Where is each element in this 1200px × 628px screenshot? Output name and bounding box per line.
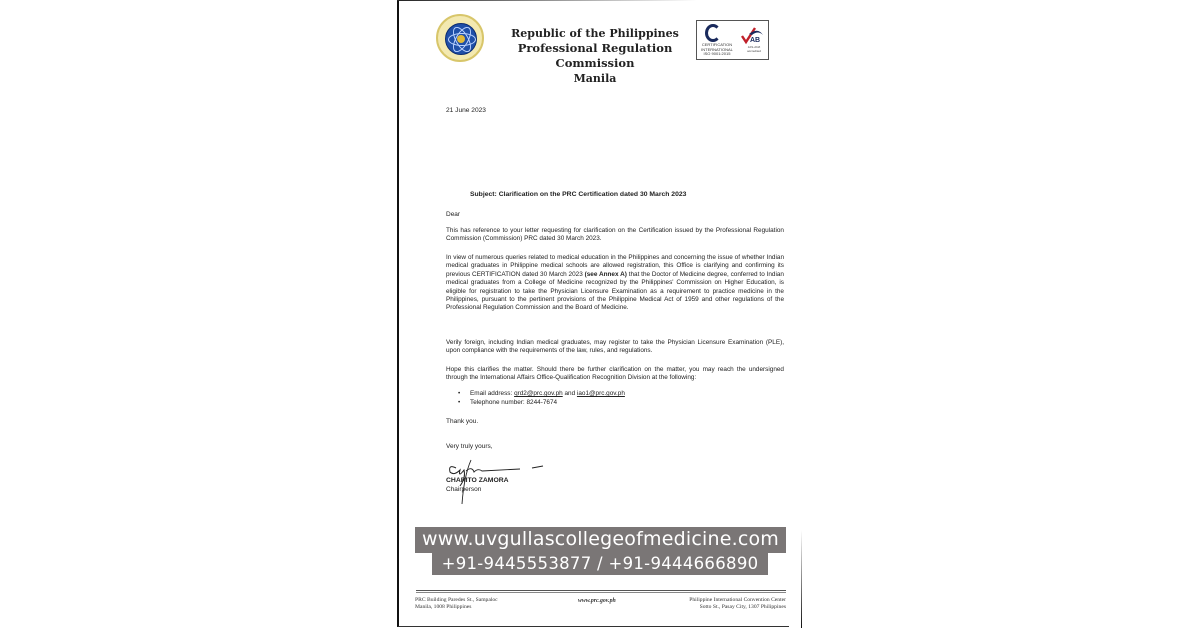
jas-anz-check-icon: AB [740,25,764,45]
paragraph-reference: This has reference to your letter reques… [446,227,784,244]
annex-reference: (see Annex A) [585,271,627,278]
page-right-edge [801,530,802,628]
certification-label: CERTIFICATION INTERNATIONAL ISO 9001:201… [699,43,735,57]
thanks-line: Thank you. [446,418,478,425]
salutation: Dear [446,211,460,218]
iso-certification-icon: CERTIFICATION INTERNATIONAL ISO 9001:201… [696,20,769,60]
email-label: Email address: [470,390,512,397]
svg-text:AB: AB [750,37,760,44]
watermark-website: www.uvgullascollegeofmedicine.com [415,527,786,553]
paragraph-verily: Verily foreign, including Indian medical… [446,339,784,356]
contact-list: Email address: qrd2@prc.gov.ph and iao1@… [458,390,625,407]
signer-name: CHARITO ZAMORA [446,477,509,484]
email-link-qrd2[interactable]: qrd2@prc.gov.ph [514,390,563,397]
footer-right-line2: Sotto St., Pasay City, 1307 Philippines [650,604,786,611]
footer-address-manila: PRC Building Paredes St., Sampaloc Manil… [415,597,498,611]
watermark-phones: +91-9445553877 / +91-9444666890 [432,552,768,575]
letterhead-line-republic: Republic of the Philippines [500,26,690,41]
accreditation-label: JAS-ANZ accredited [741,46,767,53]
prc-seal-icon [436,14,484,62]
footer-left-line1: PRC Building Paredes St., Sampaloc [415,597,498,604]
footer-divider [416,590,786,591]
certification-o-icon [705,24,721,42]
phone-number: 8244-7674 [527,399,558,406]
closing-line: Very truly yours, [446,443,493,450]
letterhead: Republic of the Philippines Professional… [500,26,690,86]
footer-right-line1: Philippine International Convention Cent… [650,597,786,604]
paragraph-contact: Hope this clarifies the matter. Should t… [446,366,784,383]
letter-subject: Subject: Clarification on the PRC Certif… [470,191,686,198]
page-top-edge [397,0,697,1]
email-joiner: and [565,390,576,397]
footer-divider-secondary [416,592,786,593]
footer-website: www.prc.gov.ph [578,598,616,604]
footer-left-line2: Manila, 1008 Philippines [415,604,498,611]
signer-title: Chairperson [446,486,481,493]
email-link-iao1[interactable]: iao1@prc.gov.ph [577,390,625,397]
letterhead-line-city: Manila [500,71,690,86]
letterhead-line-commission: Professional Regulation Commission [500,41,690,71]
phone-label: Telephone number: [470,399,525,406]
contact-phone-item: Telephone number: 8244-7674 [458,399,625,408]
contact-email-item: Email address: qrd2@prc.gov.ph and iao1@… [458,390,625,399]
paragraph-clarification: In view of numerous queries related to m… [446,254,784,313]
letter-date: 21 June 2023 [446,107,486,114]
footer-address-pasay: Philippine International Convention Cent… [650,597,786,611]
